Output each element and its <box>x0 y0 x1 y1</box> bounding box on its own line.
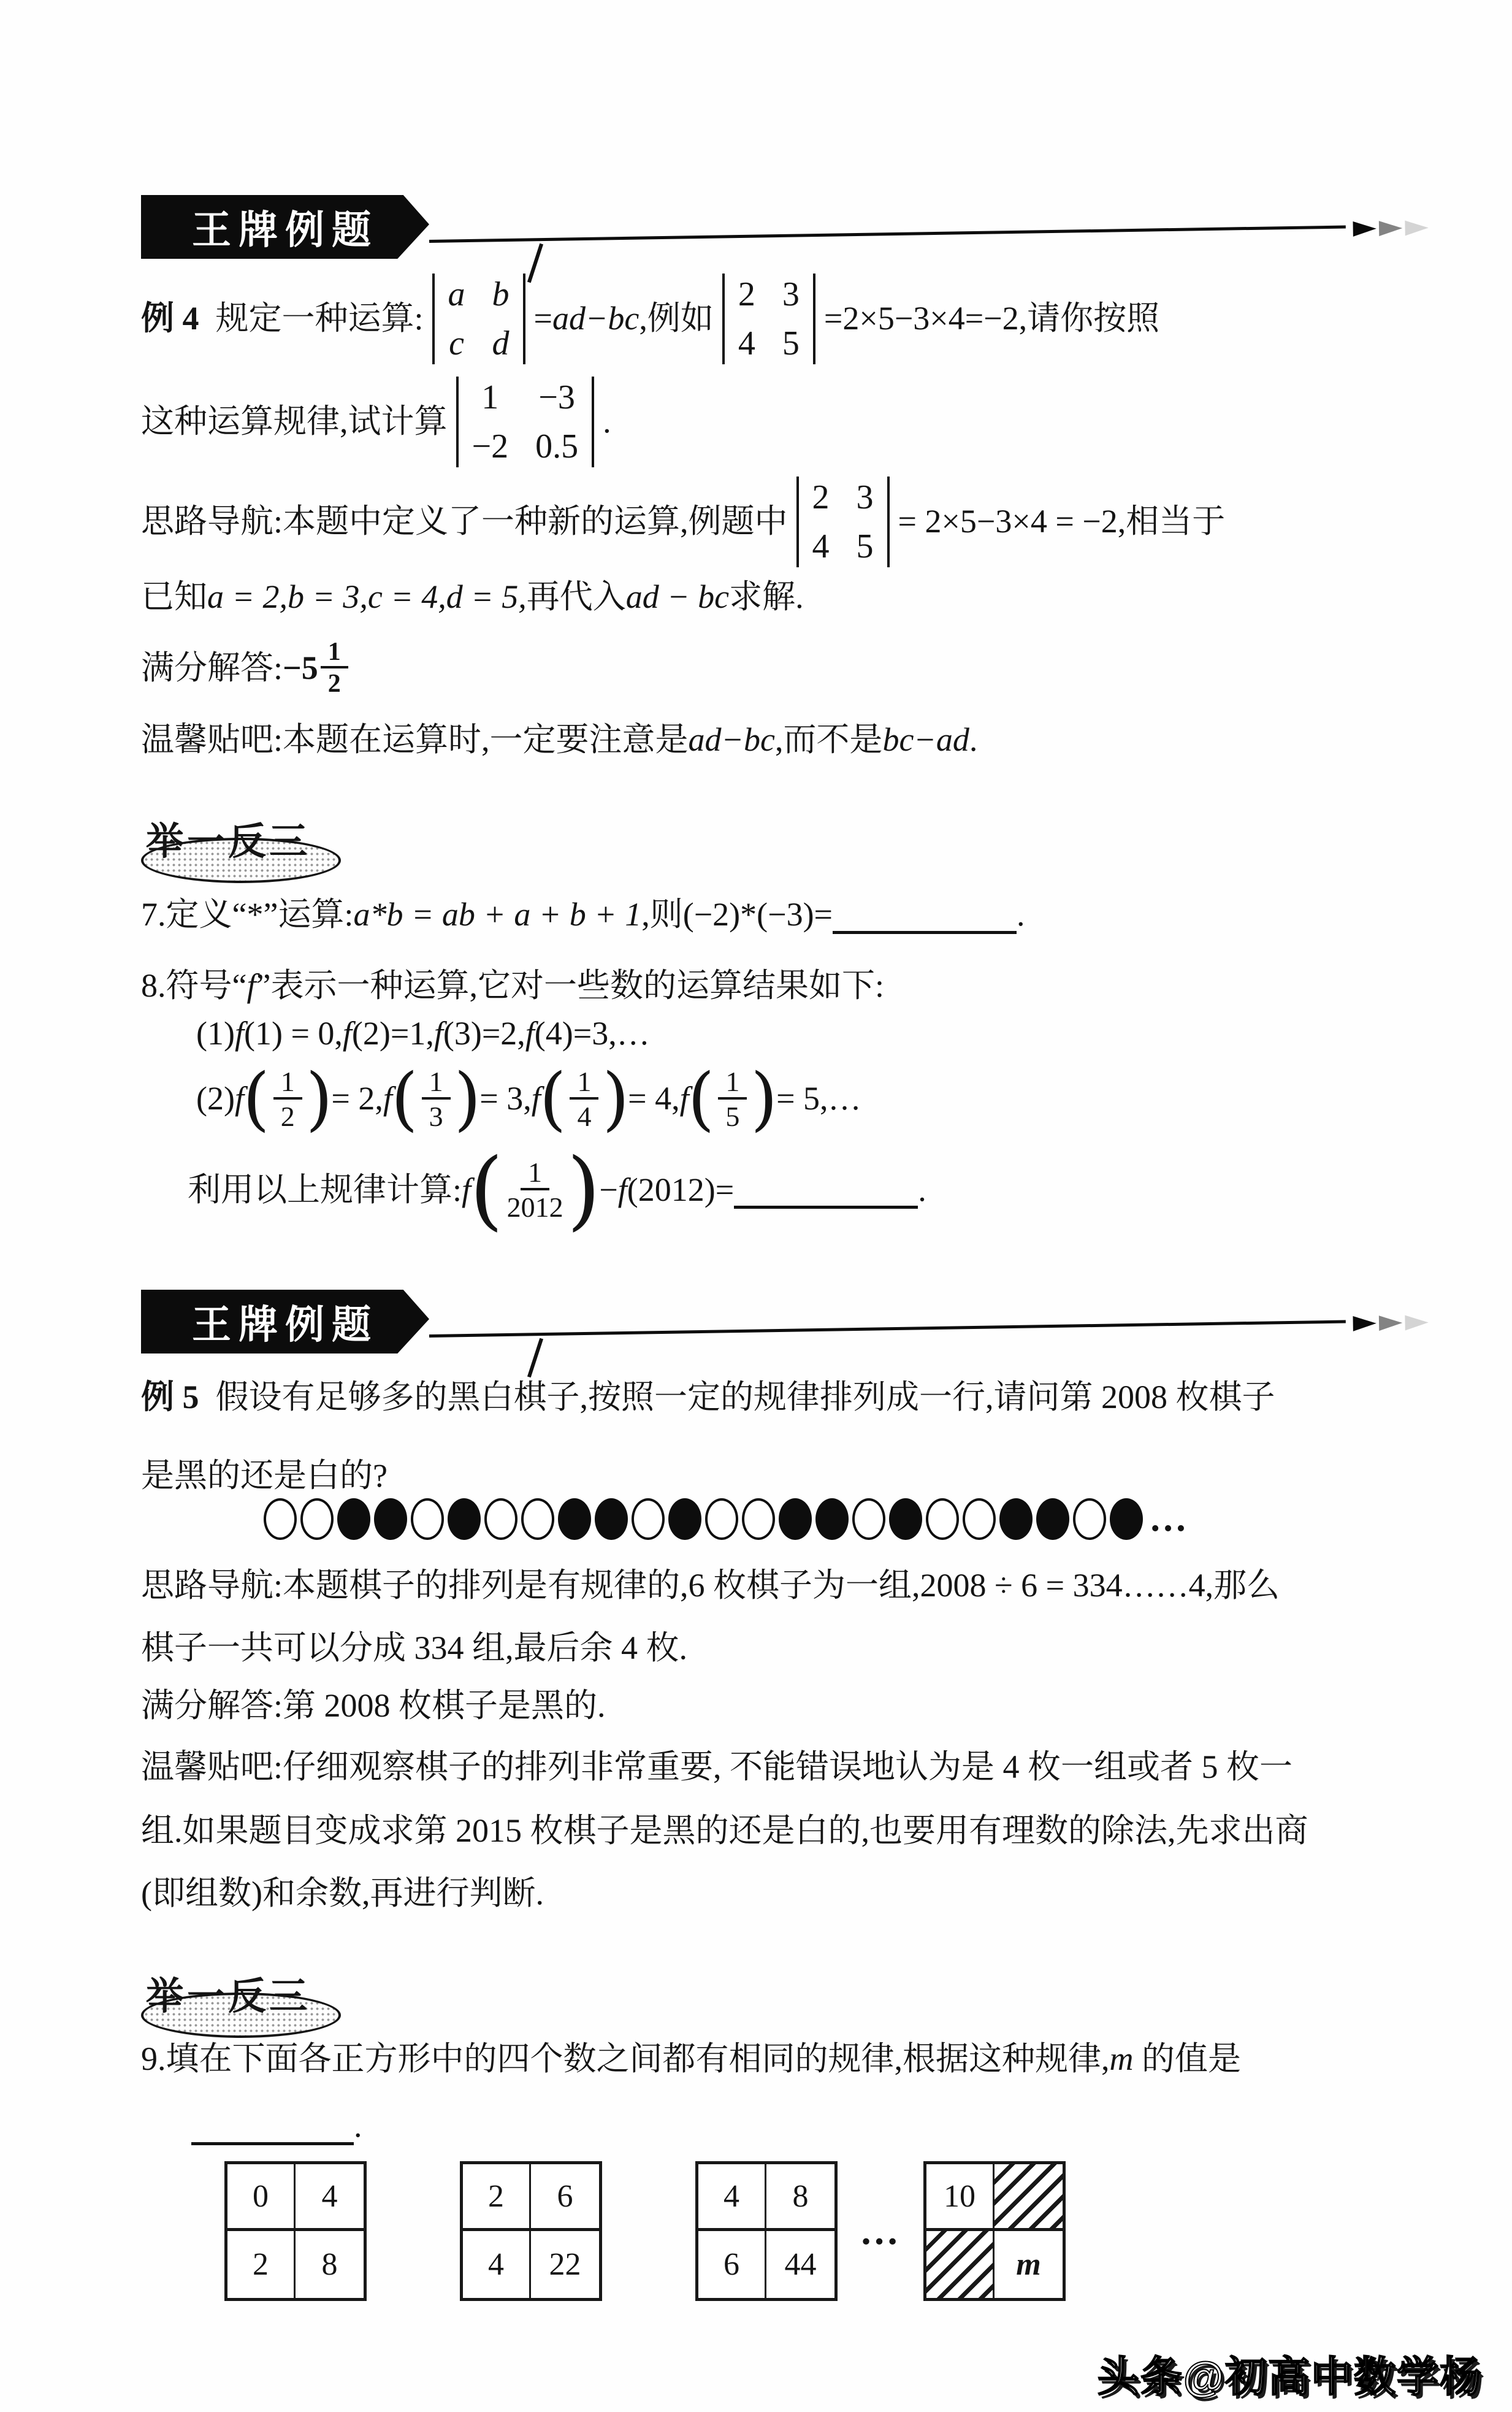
text-segment: . <box>603 401 611 443</box>
white-piece <box>742 1498 775 1540</box>
text-segment: . <box>918 1170 926 1211</box>
arrowhead-icon: ► <box>1353 211 1376 242</box>
text-segment: (1) <box>196 1013 235 1055</box>
text-segment: (3)=2, <box>443 1013 525 1055</box>
math-segment: ad−bc <box>689 719 775 761</box>
square-cell: 8 <box>766 2164 834 2231</box>
black-piece <box>1036 1498 1069 1540</box>
big-paren-close: ) <box>306 1066 333 1132</box>
fraction: 1 2 <box>321 638 348 699</box>
banner-rule-line <box>429 225 1346 242</box>
example4-answer-line: 满分解答: −5 1 2 <box>141 633 1429 703</box>
text-segment: 是黑的还是白的? <box>141 1455 388 1497</box>
text-segment: 已知 <box>141 576 207 618</box>
example4-label: 例 4 <box>141 298 199 340</box>
black-piece <box>999 1498 1033 1540</box>
white-piece <box>852 1498 885 1540</box>
fraction: 12012 <box>507 1157 563 1222</box>
big-paren-open: ( <box>243 1066 270 1132</box>
square-cell: 0 <box>227 2164 296 2231</box>
number-square-2: 2 6 4 22 <box>460 2161 602 2301</box>
arrowhead-icon: ► <box>1405 210 1429 241</box>
white-piece <box>484 1498 517 1540</box>
math-segment: m <box>1110 2039 1134 2080</box>
example4-nav-line2: 已知 a = 2,b = 3,c = 4,d = 5, 再代入 ad − bc … <box>141 578 1429 617</box>
math-segment: a*b = ab + a + b + 1 <box>353 894 641 936</box>
determinant-2345: 24 35 <box>722 274 815 364</box>
text-segment: 棋子一共可以分成 334 组,最后余 4 枚. <box>141 1628 687 1669</box>
text-segment: 8.符号“ <box>141 965 246 1007</box>
example-banner-label: 王牌例题 <box>192 199 378 255</box>
black-piece <box>595 1498 628 1540</box>
text-segment: . <box>354 2105 362 2147</box>
practice-banner-label: 举一反三 <box>146 811 310 865</box>
square-cell: 4 <box>698 2164 766 2231</box>
math-segment: f <box>618 1170 627 1211</box>
det-entry: 5 <box>782 326 800 361</box>
example5-line1: 例 5 假设有足够多的黑白棋子,按照一定的规律排列成一行,请问第 2008 枚棋… <box>141 1377 1429 1418</box>
black-piece <box>889 1498 922 1540</box>
text-segment: 组.如果题目变成求第 2015 枚棋子是黑的还是白的,也要用有理数的除法,先求出… <box>141 1810 1308 1852</box>
fraction: 15 <box>718 1066 747 1131</box>
black-piece <box>337 1498 370 1540</box>
denominator: 3 <box>429 1100 443 1132</box>
number-square-3: 4 8 6 44 <box>695 2161 838 2301</box>
text-segment: = 2, <box>331 1078 383 1120</box>
math-segment: ad−bc <box>552 298 639 340</box>
math-segment: f <box>246 965 256 1007</box>
squares-ellipsis: … <box>860 2208 901 2254</box>
square-cell: 4 <box>463 2231 531 2298</box>
problem8-case2: (2) f ( 12 ) = 2, f ( 13 ) = 3, f ( 14 )… <box>141 1066 1429 1132</box>
determinant-2345: 24 35 <box>796 477 890 567</box>
mixed-number-answer: −5 1 2 <box>283 638 351 699</box>
text-segment: (即组数)和余数,再进行判断. <box>141 1873 544 1915</box>
problem8-intro: 8.符号“ f ”表示一种运算,它对一些数的运算结果如下: <box>141 967 1429 1006</box>
white-piece <box>1073 1498 1106 1540</box>
sequence-ellipsis: … <box>1149 1495 1187 1543</box>
det-entry: −2 <box>472 429 509 464</box>
big-paren-open: ( <box>470 1146 503 1235</box>
problem9-line2: . <box>141 2106 1429 2146</box>
det-entry: c <box>448 326 465 361</box>
square-cell-m: m <box>995 2231 1063 2298</box>
big-paren-open: ( <box>391 1066 418 1132</box>
big-paren-close: ) <box>567 1146 601 1235</box>
black-piece <box>779 1498 812 1540</box>
det-entry: −3 <box>535 380 578 415</box>
arrowhead-icon: ► <box>1353 1306 1376 1337</box>
example5-answer-line: 满分解答:第 2008 枚棋子是黑的. <box>141 1686 1429 1726</box>
numerator: 1 <box>321 638 348 668</box>
number-square-4: 10 m <box>923 2161 1066 2301</box>
text-segment: = 2×5−3×4 = −2,相当于 <box>898 501 1226 543</box>
problem8-case1: (1) f (1) = 0, f (2)=1, f (3)=2, f (4)=3… <box>141 1012 1429 1056</box>
text-segment: . <box>1017 894 1025 936</box>
big-paren-close: ) <box>750 1066 777 1132</box>
black-piece <box>1110 1498 1143 1540</box>
watermark-text: 头条@初高中数学杨 <box>1098 2344 1483 2403</box>
example-banner-badge: 王牌例题 <box>141 195 429 259</box>
determinant-abcd: ac bd <box>432 274 525 364</box>
det-entry: d <box>492 326 510 361</box>
math-segment: f <box>343 1013 352 1055</box>
square-cell: 4 <box>296 2164 364 2231</box>
square-cell: 6 <box>531 2164 599 2231</box>
det-entry: 0.5 <box>535 429 578 464</box>
numerator: 1 <box>521 1157 549 1190</box>
text-segment: 满分解答:第 2008 枚棋子是黑的. <box>141 1685 606 1727</box>
answer-label: 满分解答: <box>141 648 283 689</box>
arrowhead-icon: ► <box>1405 1304 1429 1336</box>
banner-rule-line <box>429 1320 1346 1337</box>
practice-banner-label: 举一反三 <box>146 1966 310 2020</box>
example4-nav-line1: 思路导航:本题中定义了一种新的运算,例题中 24 35 = 2×5−3×4 = … <box>141 473 1429 570</box>
det-entry: 1 <box>472 380 509 415</box>
practice-banner-1: 举一反三 <box>141 811 349 881</box>
number-squares-row: 0 4 2 8 2 6 4 22 4 8 6 44 … 10 m <box>224 2161 1066 2301</box>
text-segment: = 3, <box>479 1078 531 1120</box>
big-paren-open: ( <box>540 1066 567 1132</box>
text-segment: 思路导航:本题中定义了一种新的运算,例题中 <box>141 501 788 543</box>
det-entry: 4 <box>812 529 830 564</box>
text-segment: 温馨贴吧:本题在运算时,一定要注意是 <box>141 719 689 761</box>
text-segment: (2012)= <box>627 1170 734 1211</box>
text-segment: = 4, <box>628 1078 679 1120</box>
text-segment: 假设有足够多的黑白棋子,按照一定的规律排列成一行,请问第 2008 枚棋子 <box>199 1377 1275 1418</box>
text-segment: ,例如 <box>639 298 714 340</box>
math-segment: ad − bc <box>626 576 729 618</box>
text-segment: = 5,… <box>776 1078 861 1120</box>
white-piece <box>411 1498 444 1540</box>
det-entry: 5 <box>857 529 874 564</box>
square-cell: 10 <box>926 2164 995 2231</box>
black-piece <box>374 1498 407 1540</box>
example5-tip-line1: 温馨贴吧:仔细观察棋子的排列非常重要, 不能错误地认为是 4 枚一组或者 5 枚… <box>141 1748 1429 1787</box>
square-cell: 2 <box>227 2231 296 2298</box>
black-piece <box>668 1498 701 1540</box>
fraction: 12 <box>273 1066 302 1131</box>
answer-blank <box>833 897 1017 934</box>
det-entry: 3 <box>782 277 800 312</box>
white-piece <box>521 1498 554 1540</box>
big-paren-close: ) <box>602 1066 629 1132</box>
example4-line1: 例 4 规定一种运算: ac bd = ad−bc ,例如 24 35 =2×5… <box>141 267 1429 370</box>
answer-blank <box>734 1171 918 1209</box>
banner-rule: ► ► ► <box>429 210 1429 256</box>
whole-part: −5 <box>283 648 318 689</box>
black-piece <box>448 1498 481 1540</box>
denominator: 2 <box>281 1100 295 1132</box>
square-cell: 6 <box>698 2231 766 2298</box>
big-paren-open: ( <box>688 1066 715 1132</box>
answer-blank <box>191 2108 354 2145</box>
problem9-line1: 9.填在下面各正方形中的四个数之间都有相同的规律,根据这种规律, m 的值是 <box>141 2040 1429 2079</box>
math-segment: bc−ad <box>882 719 969 761</box>
banner-rule: ► ► ► <box>429 1304 1429 1351</box>
big-paren-close: ) <box>454 1066 481 1132</box>
det-entry: 2 <box>738 277 755 312</box>
text-segment: (4)=3,… <box>535 1013 650 1055</box>
det-entry: 3 <box>857 480 874 515</box>
math-segment: f <box>525 1013 535 1055</box>
square-cell: 44 <box>766 2231 834 2298</box>
text-segment: 9.填在下面各正方形中的四个数之间都有相同的规律,根据这种规律, <box>141 2039 1110 2080</box>
numerator: 1 <box>570 1066 598 1100</box>
text-segment: 利用以上规律计算: <box>188 1170 462 1211</box>
example5-nav-line1: 思路导航:本题棋子的排列是有规律的,6 枚棋子为一组,2008 ÷ 6 = 33… <box>141 1566 1429 1606</box>
hatched-cell <box>995 2164 1063 2231</box>
text-segment: 再代入 <box>527 576 626 618</box>
text-segment: ,而不是 <box>775 719 883 761</box>
det-entry: 4 <box>738 326 755 361</box>
white-piece <box>963 1498 996 1540</box>
number-square-1: 0 4 2 8 <box>224 2161 367 2301</box>
square-cell: 8 <box>296 2231 364 2298</box>
text-segment: (2)=1, <box>352 1013 434 1055</box>
example-banner-badge: 王牌例题 <box>141 1290 429 1353</box>
denominator: 2 <box>328 668 341 698</box>
example5-line2: 是黑的还是白的? <box>141 1456 1429 1496</box>
text-segment: =2×5−3×4=−2,请你按照 <box>824 298 1159 340</box>
text-segment: = <box>534 298 552 340</box>
math-segment: f <box>235 1013 244 1055</box>
text-segment: 温馨贴吧:仔细观察棋子的排列非常重要, 不能错误地认为是 4 枚一组或者 5 枚… <box>141 1747 1292 1788</box>
white-piece <box>926 1498 959 1540</box>
square-cell: 2 <box>463 2164 531 2231</box>
math-segment: f <box>434 1013 443 1055</box>
text-segment: ”表示一种运算,它对一些数的运算结果如下: <box>256 965 884 1007</box>
text-segment: . <box>969 719 978 761</box>
example5-label: 例 5 <box>141 1377 199 1418</box>
problem8-question: 利用以上规律计算: f ( 12012 ) − f (2012)= . <box>141 1146 1429 1235</box>
text-segment: 7.定义“*”运算: <box>141 894 353 936</box>
practice-banner-2: 举一反三 <box>141 1966 349 2036</box>
arrowhead-icon: ► <box>1379 1305 1403 1336</box>
text-segment: ,则(−2)*(−3)= <box>641 894 833 936</box>
denominator: 4 <box>577 1100 591 1132</box>
det-entry: a <box>448 277 465 312</box>
example-banner-label: 王牌例题 <box>192 1293 378 1350</box>
black-piece <box>815 1498 849 1540</box>
example4-tip-line: 温馨贴吧:本题在运算时,一定要注意是 ad−bc ,而不是 bc−ad . <box>141 721 1429 760</box>
numerator: 1 <box>718 1066 747 1100</box>
text-segment: 的值是 <box>1134 2039 1242 2080</box>
white-piece <box>264 1498 297 1540</box>
denominator: 2012 <box>507 1190 563 1223</box>
text-segment: 规定一种运算: <box>199 298 424 340</box>
numerator: 1 <box>273 1066 302 1100</box>
fraction: 13 <box>422 1066 451 1131</box>
worksheet-page: 王牌例题 ► ► ► 例 4 规定一种运算: ac bd = ad−bc ,例如… <box>0 0 1512 2412</box>
det-entry: 2 <box>812 480 830 515</box>
denominator: 5 <box>725 1100 739 1132</box>
square-cell: 22 <box>531 2231 599 2298</box>
determinant-to-compute: 1−2 −30.5 <box>456 377 595 467</box>
white-piece <box>300 1498 334 1540</box>
example5-tip-line3: (即组数)和余数,再进行判断. <box>141 1874 1429 1913</box>
text-segment: (1) = 0, <box>244 1013 343 1055</box>
black-piece <box>558 1498 591 1540</box>
white-piece <box>705 1498 738 1540</box>
example-banner-2: 王牌例题 ► ► ► <box>141 1290 1429 1357</box>
piece-pattern-row: … <box>141 1496 1429 1542</box>
text-segment: 思路导航:本题棋子的排列是有规律的,6 枚棋子为一组,2008 ÷ 6 = 33… <box>141 1565 1280 1607</box>
det-entry: b <box>492 277 510 312</box>
text-segment: − <box>599 1170 617 1211</box>
hatched-cell <box>926 2231 995 2298</box>
white-piece <box>632 1498 665 1540</box>
example4-line2: 这种运算规律,试计算 1−2 −30.5 . <box>141 374 1429 469</box>
fraction: 14 <box>570 1066 598 1131</box>
math-segment: a = 2,b = 3,c = 4,d = 5, <box>207 576 527 618</box>
problem7-line: 7.定义“*”运算: a*b = ab + a + b + 1 ,则(−2)*(… <box>141 893 1429 937</box>
numerator: 1 <box>422 1066 451 1100</box>
example-banner-1: 王牌例题 ► ► ► <box>141 195 1429 262</box>
example5-nav-line2: 棋子一共可以分成 334 组,最后余 4 枚. <box>141 1629 1429 1668</box>
example5-tip-line2: 组.如果题目变成求第 2015 枚棋子是黑的还是白的,也要用有理数的除法,先求出… <box>141 1812 1429 1851</box>
arrowhead-icon: ► <box>1379 210 1403 242</box>
text-segment: (2) <box>196 1078 235 1120</box>
text-segment: 这种运算规律,试计算 <box>141 401 448 443</box>
text-segment: 求解. <box>729 576 804 618</box>
piece-sequence <box>264 1498 1147 1540</box>
